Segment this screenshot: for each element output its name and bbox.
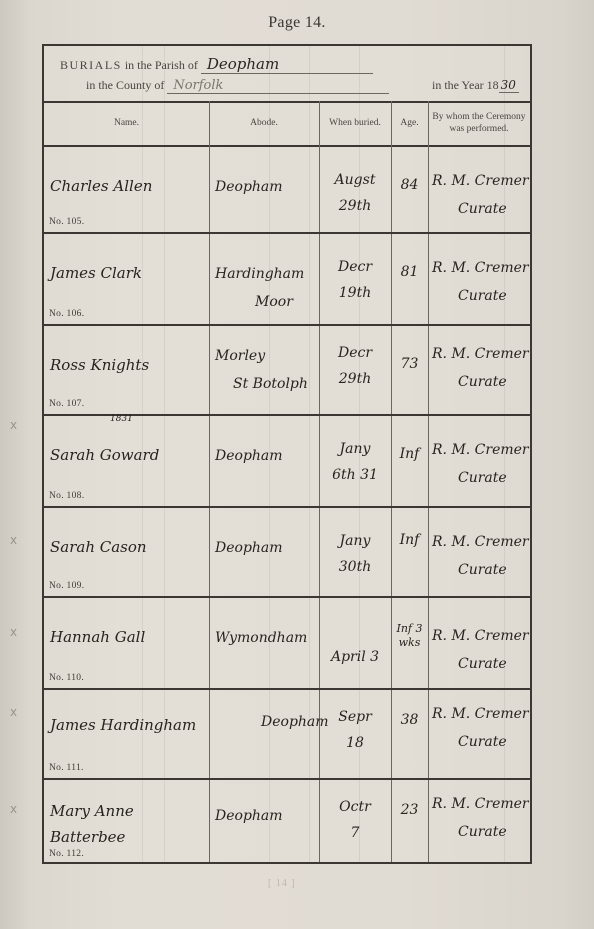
entry-date: Octr7 (319, 794, 391, 846)
margin-cross-mark: x (10, 705, 17, 719)
entry-officiant: R. M. CremerCurate (432, 700, 529, 756)
age-cell: Inf (391, 508, 428, 596)
year-value: 30 (499, 78, 519, 93)
entry-age: 84 (391, 177, 428, 193)
entry-age: 38 (391, 712, 428, 728)
entry-date: Jany6th 31 (319, 436, 391, 488)
abode-cell: MorleySt Botolph (209, 326, 319, 414)
entry-officiant: R. M. CremerCurate (432, 622, 529, 678)
abode-cell: Deopham (209, 416, 319, 506)
officiant-cell: R. M. CremerCurate (428, 508, 530, 596)
burials-title: BURIALS (60, 58, 122, 72)
age-cell: 73 (391, 326, 428, 414)
entry-abode: Deopham (215, 173, 283, 201)
register-header: BURIALS in the Parish of Deopham in the … (44, 46, 530, 103)
footer-page-mark: [ 14 ] (268, 878, 296, 889)
entry-abode: HardinghamMoor (215, 260, 304, 316)
column-header-abode: Abode. (209, 101, 319, 145)
entry-date: April 3 (319, 644, 391, 670)
page-number: Page 14. (0, 14, 594, 32)
abode-cell: Deopham (209, 147, 319, 232)
entry-officiant: R. M. CremerCurate (432, 254, 529, 310)
name-cell: Sarah Cason No. 109. (44, 508, 209, 596)
county-label: in the County of (86, 78, 164, 92)
register-entry: James Hardingham No. 111. Deopham Sepr18… (44, 690, 530, 780)
entry-date: Decr19th (319, 254, 391, 306)
entry-age: Inf 3 wks (391, 622, 428, 650)
entry-abode: Deopham (215, 534, 283, 562)
name-cell: Mary Anne Batterbee No. 112. (44, 780, 209, 864)
age-cell: Inf 3 wks (391, 598, 428, 688)
officiant-cell: R. M. CremerCurate (428, 147, 530, 232)
abode-cell: Deopham (209, 508, 319, 596)
entry-name: James Clark (50, 264, 142, 282)
entry-name: Mary Anne Batterbee (50, 798, 200, 850)
name-cell: Ross Knights No. 107. (44, 326, 209, 414)
register-entry: Mary Anne Batterbee No. 112. Deopham Oct… (44, 780, 530, 864)
entry-date: Sepr18 (319, 704, 391, 756)
name-cell: Hannah Gall No. 110. (44, 598, 209, 688)
entry-name: Hannah Gall (50, 628, 145, 646)
entry-name: Sarah Goward (50, 446, 159, 464)
officiant-cell: R. M. CremerCurate (428, 690, 530, 778)
entry-date: Augst29th (319, 167, 391, 219)
when-buried-cell: April 3 (319, 598, 391, 688)
when-buried-cell: Decr19th (319, 234, 391, 324)
parish-line: BURIALS in the Parish of Deopham (60, 55, 373, 74)
margin-cross-mark: x (10, 533, 17, 547)
entry-name: Ross Knights (50, 356, 149, 374)
name-cell: James Hardingham No. 111. (44, 690, 209, 778)
register-entries: Charles Allen No. 105. Deopham Augst29th… (44, 147, 530, 862)
officiant-cell: R. M. CremerCurate (428, 234, 530, 324)
when-buried-cell: Jany30th (319, 508, 391, 596)
name-cell: James Clark No. 106. (44, 234, 209, 324)
year-line: in the Year 1830 (432, 78, 519, 93)
entry-officiant: R. M. CremerCurate (432, 340, 529, 396)
column-header-when-buried: When buried. (319, 101, 391, 145)
entry-name: Sarah Cason (50, 538, 147, 556)
when-buried-cell: Jany6th 31 (319, 416, 391, 506)
entry-abode: Wymondham (215, 624, 307, 652)
age-cell: 84 (391, 147, 428, 232)
officiant-cell: R. M. CremerCurate (428, 598, 530, 688)
entry-number: No. 112. (49, 849, 84, 859)
parish-value: Deopham (201, 55, 373, 74)
entry-abode: MorleySt Botolph (215, 342, 308, 398)
age-cell: Inf (391, 416, 428, 506)
year-label: in the Year 18 (432, 78, 499, 92)
abode-cell: Wymondham (209, 598, 319, 688)
entry-age: 23 (391, 802, 428, 818)
officiant-cell: R. M. CremerCurate (428, 780, 530, 864)
entry-number: No. 105. (49, 217, 84, 227)
officiant-cell: R. M. CremerCurate (428, 416, 530, 506)
entry-number: No. 109. (49, 581, 84, 591)
age-cell: 38 (391, 690, 428, 778)
column-header-age: Age. (391, 101, 428, 145)
entry-number: No. 108. (49, 491, 84, 501)
column-header-officiant: By whom the Ceremony was performed. (428, 101, 530, 145)
entry-age: 73 (391, 356, 428, 372)
when-buried-cell: Octr7 (319, 780, 391, 864)
officiant-cell: R. M. CremerCurate (428, 326, 530, 414)
abode-cell: Deopham (209, 690, 319, 778)
abode-cell: HardinghamMoor (209, 234, 319, 324)
entry-officiant: R. M. CremerCurate (432, 436, 529, 492)
entry-age: 81 (391, 264, 428, 280)
register-entry: 1831 Sarah Goward No. 108. Deopham Jany6… (44, 416, 530, 508)
entry-number: No. 106. (49, 309, 84, 319)
entry-abode: Deopham (215, 442, 283, 470)
register-entry: Ross Knights No. 107. MorleySt Botolph D… (44, 326, 530, 416)
when-buried-cell: Augst29th (319, 147, 391, 232)
when-buried-cell: Sepr18 (319, 690, 391, 778)
entry-date: Jany30th (319, 528, 391, 580)
age-cell: 81 (391, 234, 428, 324)
register-entry: James Clark No. 106. HardinghamMoor Decr… (44, 234, 530, 326)
county-value: Norfolk (167, 78, 389, 94)
abode-cell: Deopham (209, 780, 319, 864)
register-entry: Charles Allen No. 105. Deopham Augst29th… (44, 147, 530, 234)
register-page: Page 14. x x x x x BURIALS in the Parish… (0, 0, 594, 929)
name-cell: Charles Allen No. 105. (44, 147, 209, 232)
entry-number: No. 107. (49, 399, 84, 409)
entry-officiant: R. M. CremerCurate (432, 790, 529, 846)
entry-name: James Hardingham (50, 716, 196, 734)
register-entry: Hannah Gall No. 110. Wymondham April 3 I… (44, 598, 530, 690)
entry-date: Decr29th (319, 340, 391, 392)
name-cell: 1831 Sarah Goward No. 108. (44, 416, 209, 506)
register-entry: Sarah Cason No. 109. Deopham Jany30th In… (44, 508, 530, 598)
parish-label: in the Parish of (125, 58, 198, 72)
entry-abode: Deopham (215, 802, 283, 830)
county-line: in the County of Norfolk (86, 78, 389, 94)
entry-age: Inf (391, 446, 428, 462)
entry-officiant: R. M. CremerCurate (432, 167, 529, 223)
entry-number: No. 110. (49, 673, 84, 683)
entry-number: No. 111. (49, 763, 84, 773)
when-buried-cell: Decr29th (319, 326, 391, 414)
burial-register-table: BURIALS in the Parish of Deopham in the … (42, 44, 532, 864)
year-annotation: 1831 (110, 414, 133, 424)
entry-name: Charles Allen (50, 177, 152, 195)
age-cell: 23 (391, 780, 428, 864)
margin-cross-mark: x (10, 418, 17, 432)
column-headers: Name. Abode. When buried. Age. By whom t… (44, 101, 530, 147)
margin-cross-mark: x (10, 802, 17, 816)
entry-age: Inf (391, 532, 428, 548)
margin-cross-mark: x (10, 625, 17, 639)
column-header-name: Name. (44, 101, 209, 145)
entry-officiant: R. M. CremerCurate (432, 528, 529, 584)
